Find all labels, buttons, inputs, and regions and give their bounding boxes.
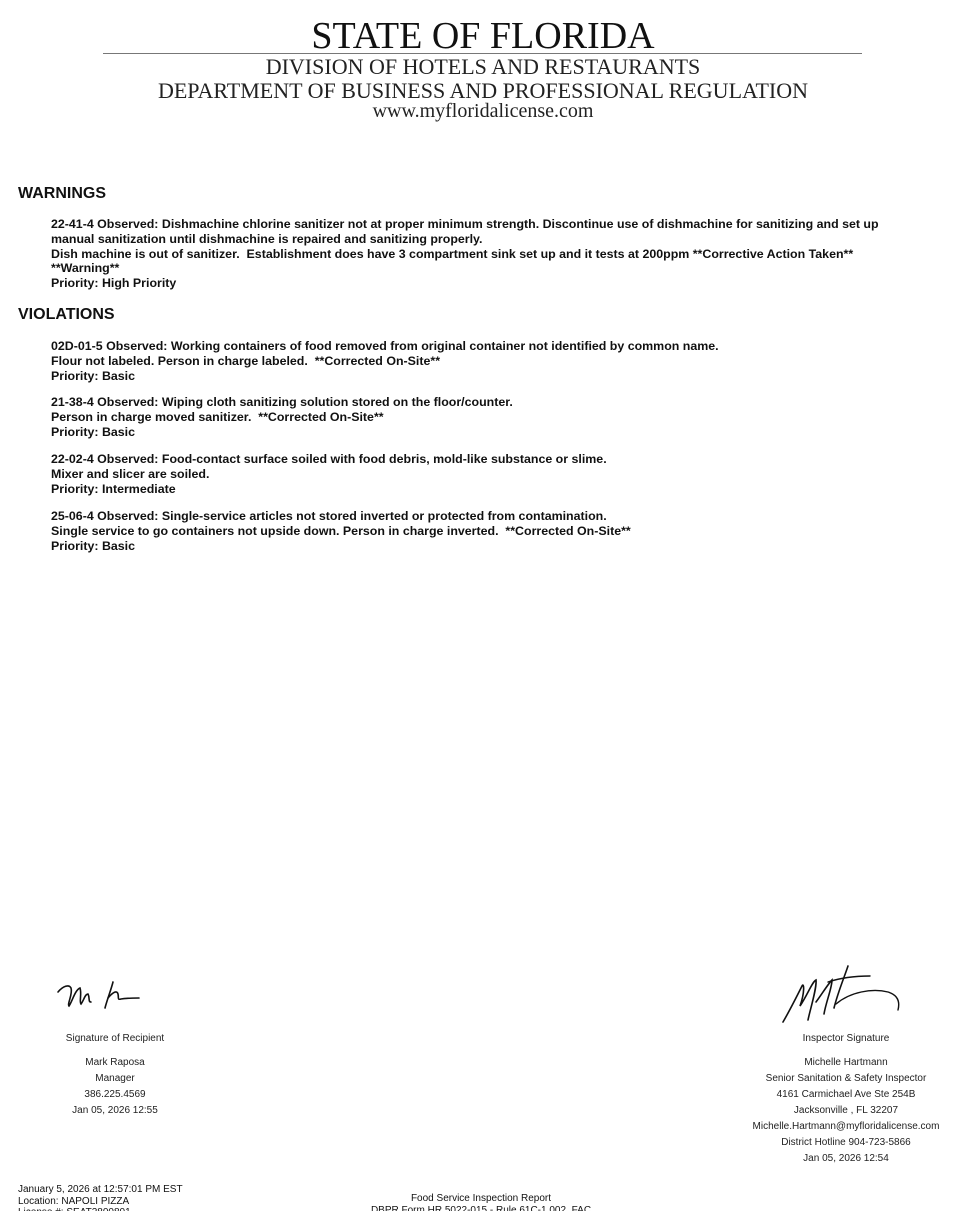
violation-item: 22-02-4 Observed: Food-contact surface s… [51,452,951,496]
warning-item: 22-41-4 Observed: Dishmachine chlorine s… [51,217,951,291]
warnings-heading: WARNINGS [18,185,106,203]
warning-line: manual sanitization until dishmachine is… [51,232,951,247]
inspector-hotline: District Hotline 904-723-5866 [736,1135,956,1151]
violation-line: Flour not labeled. Person in charge labe… [51,354,951,369]
violation-line: 02D-01-5 Observed: Working containers of… [51,339,951,354]
violation-priority: Priority: Basic [51,369,951,384]
warning-line: **Warning** [51,261,951,276]
inspector-signature-image [780,962,905,1027]
inspector-block: Inspector Signature Michelle Hartmann Se… [736,1031,956,1167]
inspector-name: Michelle Hartmann [736,1055,956,1071]
recipient-block: Signature of Recipient Mark Raposa Manag… [40,1031,190,1119]
recipient-date: Jan 05, 2026 12:55 [40,1103,190,1119]
warning-line: Dish machine is out of sanitizer. Establ… [51,247,951,262]
inspector-address: 4161 Carmichael Ave Ste 254B [736,1087,956,1103]
violation-item: 02D-01-5 Observed: Working containers of… [51,339,951,383]
violation-priority: Priority: Basic [51,539,951,554]
recipient-signature-image [55,978,165,1018]
violation-line: Person in charge moved sanitizer. **Corr… [51,410,951,425]
violation-line: Mixer and slicer are soiled. [51,467,951,482]
inspector-title: Senior Sanitation & Safety Inspector [736,1071,956,1087]
violation-item: 21-38-4 Observed: Wiping cloth sanitizin… [51,395,951,439]
violation-line: 22-02-4 Observed: Food-contact surface s… [51,452,951,467]
warning-priority: Priority: High Priority [51,276,951,291]
inspector-city: Jacksonville , FL 32207 [736,1103,956,1119]
inspector-signature-label: Inspector Signature [736,1031,956,1047]
inspector-email[interactable]: Michelle.Hartmann@myfloridalicense.com [736,1119,956,1135]
footer-center: Food Service Inspection Report DBPR Form… [360,1193,602,1211]
footer-license: License #: SEAT2800801 [18,1207,183,1211]
state-title: STATE OF FLORIDA [0,14,966,58]
violation-line: 25-06-4 Observed: Single-service article… [51,509,951,524]
recipient-title: Manager [40,1071,190,1087]
footer-report-title: Food Service Inspection Report [360,1193,602,1205]
violation-item: 25-06-4 Observed: Single-service article… [51,509,951,553]
recipient-name: Mark Raposa [40,1055,190,1071]
footer-form-number: DBPR Form HR 5022-015 - Rule 61C-1.002, … [360,1205,602,1211]
violation-line: 21-38-4 Observed: Wiping cloth sanitizin… [51,395,951,410]
recipient-phone: 386.225.4569 [40,1087,190,1103]
footer-left: January 5, 2026 at 12:57:01 PM EST Locat… [18,1184,183,1211]
website-link[interactable]: www.myfloridalicense.com [0,100,966,122]
violation-priority: Priority: Basic [51,425,951,440]
violation-line: Single service to go containers not upsi… [51,524,951,539]
inspector-date: Jan 05, 2026 12:54 [736,1151,956,1167]
division-name: DIVISION OF HOTELS AND RESTAURANTS [0,55,966,79]
warning-line: 22-41-4 Observed: Dishmachine chlorine s… [51,217,951,232]
violations-heading: VIOLATIONS [18,306,115,324]
violation-priority: Priority: Intermediate [51,482,951,497]
recipient-signature-label: Signature of Recipient [40,1031,190,1047]
footer-timestamp: January 5, 2026 at 12:57:01 PM EST [18,1184,183,1196]
footer-location: Location: NAPOLI PIZZA [18,1196,183,1208]
